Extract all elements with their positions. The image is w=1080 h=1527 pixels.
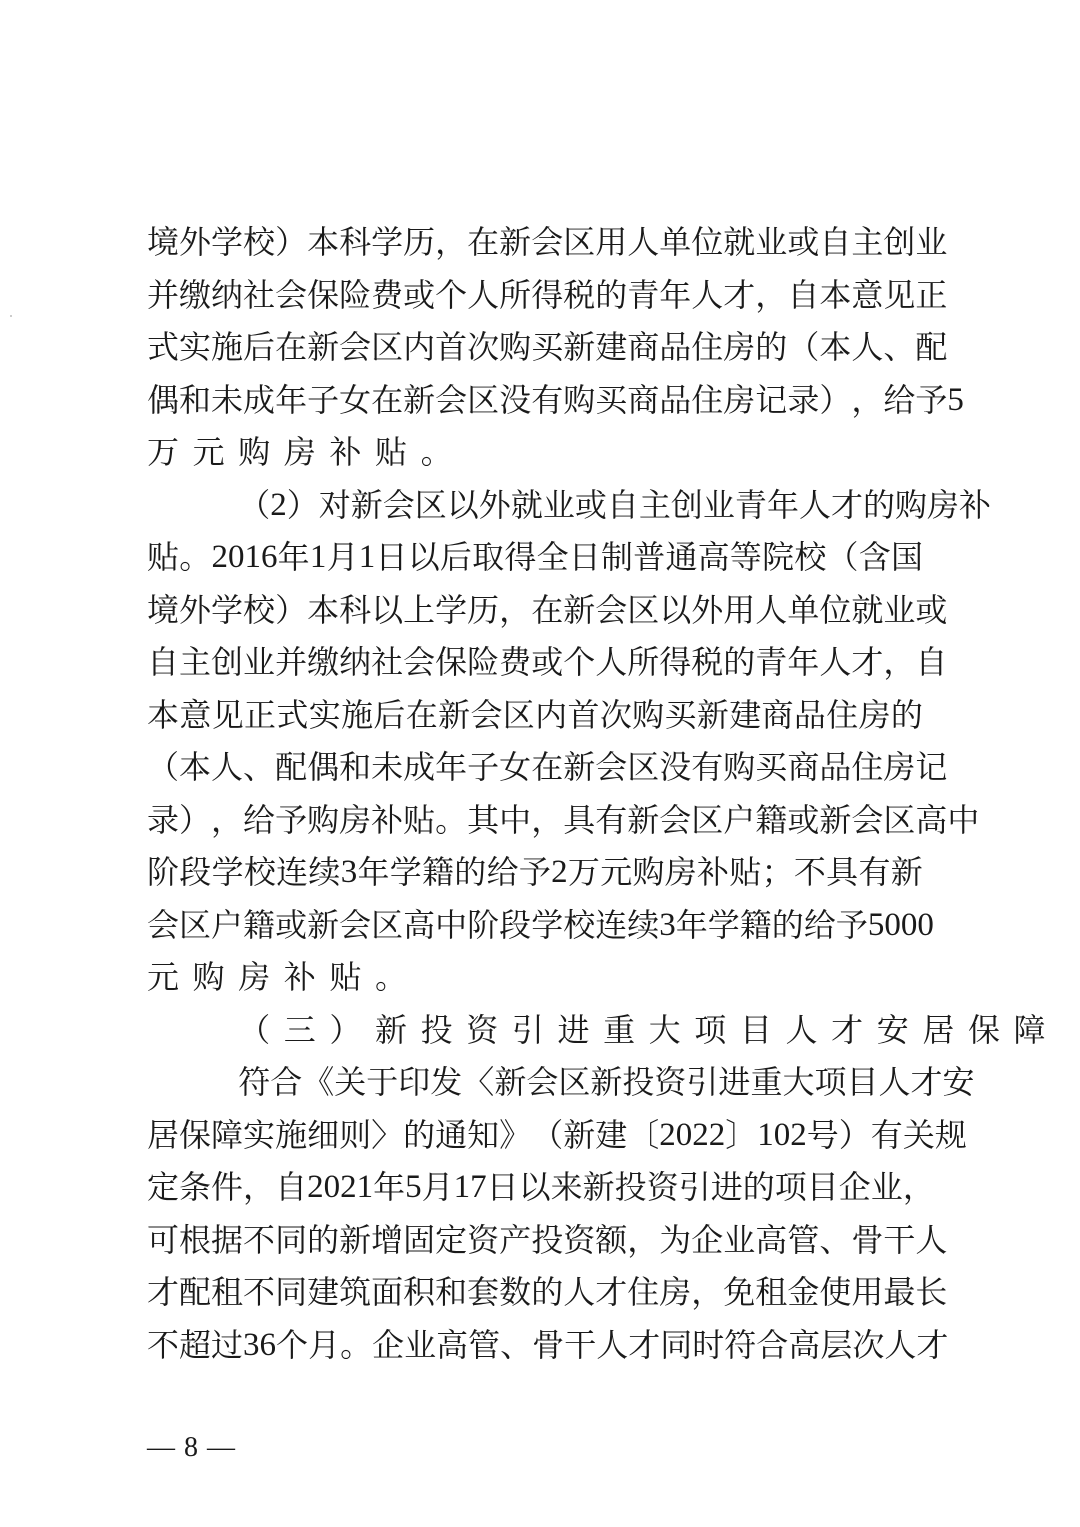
text-line: 阶段学校连续3年学籍的给予2万元购房补贴；不具有新: [147, 846, 923, 899]
text-line: （本人、配偶和未成年子女在新会区没有购买商品住房记: [147, 741, 923, 794]
text-line: 符合《关于印发〈新会区新投资引进重大项目人才安: [147, 1056, 923, 1109]
text-line: （三）新投资引进重大项目人才安居保障: [147, 1004, 923, 1057]
text-line: 式实施后在新会区内首次购买新建商品住房的（本人、配: [147, 321, 923, 374]
text-line: 才配租不同建筑面积和套数的人才住房，免租金使用最长: [147, 1266, 923, 1319]
text-line: 并缴纳社会保险费或个人所得税的青年人才，自本意见正: [147, 269, 923, 322]
page-number: — 8 —: [147, 1432, 236, 1464]
text-line: 居保障实施细则〉的通知》（新建〔2022〕102号）有关规: [147, 1109, 923, 1162]
text-line: （2）对新会区以外就业或自主创业青年人才的购房补: [147, 479, 923, 532]
text-line: 本意见正式实施后在新会区内首次购买新建商品住房的: [147, 689, 923, 742]
body-text: 境外学校）本科学历，在新会区用人单位就业或自主创业并缴纳社会保险费或个人所得税的…: [147, 216, 923, 1371]
document-page: 境外学校）本科学历，在新会区用人单位就业或自主创业并缴纳社会保险费或个人所得税的…: [0, 0, 1080, 1527]
text-line: 不超过36个月。企业高管、骨干人才同时符合高层次人才: [147, 1319, 923, 1372]
text-line: 定条件，自2021年5月17日以来新投资引进的项目企业，: [147, 1161, 923, 1214]
text-line: 贴。2016年1月1日以后取得全日制普通高等院校（含国: [147, 531, 923, 584]
text-line: 境外学校）本科以上学历，在新会区以外用人单位就业或: [147, 584, 923, 637]
text-line: 自主创业并缴纳社会保险费或个人所得税的青年人才，自: [147, 636, 923, 689]
text-line: 偶和未成年子女在新会区没有购买商品住房记录），给予5: [147, 374, 923, 427]
text-line: 元购房补贴。: [147, 951, 923, 1004]
text-line: 录），给予购房补贴。其中，具有新会区户籍或新会区高中: [147, 794, 923, 847]
text-line: 可根据不同的新增固定资产投资额，为企业高管、骨干人: [147, 1214, 923, 1267]
text-line: 境外学校）本科学历，在新会区用人单位就业或自主创业: [147, 216, 923, 269]
scan-speck: [10, 315, 12, 317]
text-line: 万元购房补贴。: [147, 426, 923, 479]
text-line: 会区户籍或新会区高中阶段学校连续3年学籍的给予5000: [147, 899, 923, 952]
